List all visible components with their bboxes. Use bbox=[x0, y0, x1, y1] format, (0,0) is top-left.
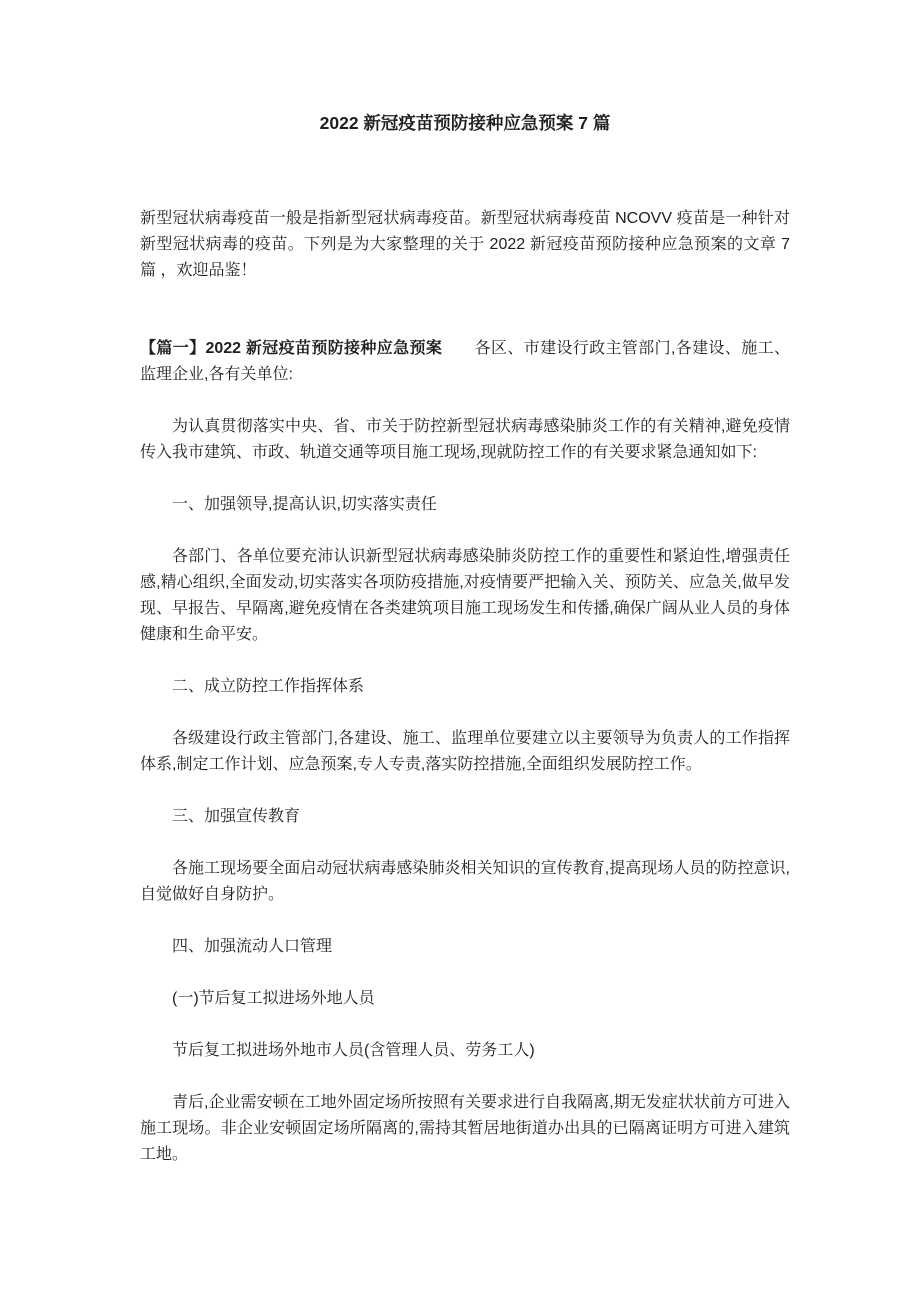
subheading-2: 节后复工拟进场外地市人员(含管理人员、劳务工人) bbox=[140, 1038, 790, 1064]
paragraph-1: 各部门、各单位要充沛认识新型冠状病毒感染肺炎防控工作的重要性和紧迫性,增强责任感… bbox=[140, 544, 790, 648]
paragraph-3: 各施工现场要全面启动冠状病毒感染肺炎相关知识的宣传教育,提高现场人员的防控意识,… bbox=[140, 856, 790, 908]
heading-3: 三、加强宣传教育 bbox=[140, 804, 790, 830]
intro-paragraph: 新型冠状病毒疫苗一般是指新型冠状病毒疫苗。新型冠状病毒疫苗 NCOVV 疫苗是一… bbox=[140, 206, 790, 284]
paragraph-2: 各级建设行政主管部门,各建设、施工、监理单位要建立以主要领导为负责人的工作指挥体… bbox=[140, 726, 790, 778]
subheading-1: (一)节后复工拟进场外地人员 bbox=[140, 986, 790, 1012]
heading-2: 二、成立防控工作指挥体系 bbox=[140, 674, 790, 700]
paragraph-4: 青后,企业需安顿在工地外固定场所按照有关要求进行自我隔离,期无发症状状前方可进入… bbox=[140, 1090, 790, 1168]
section1-opening: 【篇一】2022 新冠疫苗预防接种应急预案各区、市建设行政主管部门,各建设、施工… bbox=[140, 336, 790, 388]
notice-paragraph: 为认真贯彻落实中央、省、市关于防控新型冠状病毒感染肺炎工作的有关精神,避免疫情传… bbox=[140, 414, 790, 466]
heading-4: 四、加强流动人口管理 bbox=[140, 934, 790, 960]
section1-heading-bold: 【篇一】2022 新冠疫苗预防接种应急预案 bbox=[140, 340, 442, 357]
document-title: 2022 新冠疫苗预防接种应急预案 7 篇 bbox=[140, 108, 790, 138]
document-page: 2022 新冠疫苗预防接种应急预案 7 篇 新型冠状病毒疫苗一般是指新型冠状病毒… bbox=[0, 0, 920, 1302]
heading-1: 一、加强领导,提高认识,切实落实责任 bbox=[140, 492, 790, 518]
